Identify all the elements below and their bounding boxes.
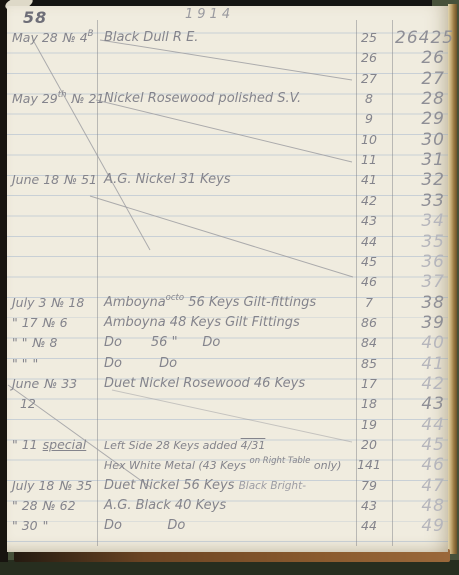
serial-column-number: 41: [395, 354, 445, 374]
serial-column-number: 28: [395, 89, 445, 109]
entry-date: " 28№ 62: [12, 498, 104, 513]
date-superscript: th: [58, 90, 67, 100]
entry-number: № 21: [71, 91, 104, 106]
entry-description: Do 56 " Do: [104, 335, 354, 350]
entry-number: № 6: [43, 315, 68, 330]
narrow-column-number: 8: [349, 91, 389, 106]
entry-description: Duet Nickel Rosewood 46 Keys: [104, 376, 354, 391]
date-text: " 28: [12, 498, 38, 513]
description-text: Duet Nickel 56 Keys: [104, 478, 239, 493]
date-text: " 11: [12, 437, 38, 452]
description-text: only): [310, 459, 341, 472]
pencil-stroke: [112, 390, 352, 442]
description-text: Hex White Metal (43 Keys: [104, 459, 250, 472]
date-text: June 18: [12, 172, 59, 187]
entry-description: A.G. Nickel 31 Keys: [104, 172, 354, 187]
description-text: 4/31: [241, 439, 266, 452]
narrow-column-number: 79: [349, 478, 389, 493]
narrow-column-number: 44: [349, 518, 389, 533]
serial-column-number: 42: [395, 374, 445, 394]
date-text: " 30: [12, 518, 38, 533]
date-text: July 3: [12, 295, 46, 310]
entry-number: № 51: [64, 172, 97, 187]
entry-number: ": [43, 518, 49, 533]
narrow-column-number: 17: [349, 376, 389, 391]
serial-column-number: 36: [395, 252, 445, 272]
entry-date: July 18№ 35: [12, 478, 104, 493]
serial-column-number: 27: [395, 69, 445, 89]
entry-date: 12: [12, 396, 104, 411]
entry-date: June№ 33: [12, 376, 104, 391]
date-text: " ": [12, 335, 27, 350]
narrow-column-number: 42: [349, 193, 389, 208]
serial-column-number: 47: [395, 476, 445, 496]
serial-column-number: 30: [395, 130, 445, 150]
description-text: Do 56 " Do: [104, 335, 220, 350]
entry-number: special: [43, 437, 87, 452]
date-text: " ": [12, 356, 27, 371]
scanned-ledger-photo: 58 1914 25264252626272782892910301131413…: [0, 0, 459, 575]
serial-column-number: 37: [395, 272, 445, 292]
serial-column-number: 34: [395, 211, 445, 231]
serial-column-number: 43: [395, 394, 445, 414]
entry-number: № 35: [59, 478, 92, 493]
entry-description: Left Side 28 Keys added 4/31: [104, 437, 354, 452]
serial-column-number: 33: [395, 191, 445, 211]
narrow-column-number: 84: [349, 335, 389, 350]
entry-description: Do Do: [104, 356, 354, 371]
serial-column-number: 46: [395, 455, 445, 475]
entry-number: ": [32, 356, 38, 371]
entry-date: " 17№ 6: [12, 315, 104, 330]
serial-column-number: 26: [395, 48, 445, 68]
date-text: July 18: [12, 478, 54, 493]
inserted-annotation: on Right Table: [250, 456, 311, 466]
description-text: Do Do: [104, 518, 185, 533]
narrow-column-number: 46: [349, 274, 389, 289]
description-text: Left Side 28 Keys added: [104, 439, 241, 452]
narrow-column-number: 10: [349, 132, 389, 147]
narrow-column-number: 26: [349, 50, 389, 65]
date-text: May 29: [12, 91, 58, 106]
year-heading: 1914: [185, 7, 234, 22]
pencil-stroke: [100, 40, 352, 80]
date-text: 12: [12, 396, 36, 411]
date-text: May 28: [12, 30, 58, 45]
serial-column-number: 44: [395, 415, 445, 435]
description-text: Nickel Rosewood polished S.V.: [104, 91, 301, 106]
narrow-column-number: 19: [349, 417, 389, 432]
description-text: Amboyna 48 Keys Gilt Fittings: [104, 315, 300, 330]
entry-description: Nickel Rosewood polished S.V.: [104, 91, 354, 106]
narrow-column-number: 7: [349, 295, 389, 310]
narrow-column-number: 9: [349, 111, 389, 126]
serial-column-number: 45: [395, 435, 445, 455]
pencil-stroke: [96, 100, 352, 162]
narrow-column-number: 141: [349, 457, 389, 472]
entry-date: " 30": [12, 518, 104, 533]
pencil-stroke: [33, 40, 150, 250]
narrow-column-number: 44: [349, 234, 389, 249]
entry-date: " 11special: [12, 437, 104, 452]
entry-number: № 62: [43, 498, 76, 513]
description-text: Amboyna: [104, 295, 166, 310]
description-text: Black Dull R E.: [104, 30, 198, 45]
narrow-column-number: 27: [349, 71, 389, 86]
serial-column-number: 39: [395, 313, 445, 333]
serial-column-number: 48: [395, 496, 445, 516]
narrow-column-number: 45: [349, 254, 389, 269]
entry-date: July 3№ 18: [12, 295, 104, 310]
entry-description: Duet Nickel 56 Keys Black Bright-: [104, 478, 354, 493]
serial-column-number: 49: [395, 516, 445, 536]
serial-column-number: 38: [395, 293, 445, 313]
inserted-annotation: octo: [166, 293, 184, 303]
entry-number: № 18: [51, 295, 84, 310]
description-text: A.G. Black 40 Keys: [104, 498, 226, 513]
entry-number: № 33: [44, 376, 77, 391]
narrow-column-number: 86: [349, 315, 389, 330]
description-text: A.G. Nickel 31 Keys: [104, 172, 231, 187]
photo-background-bottom: [0, 560, 459, 575]
description-text: 56 Keys Gilt-fittings: [184, 295, 316, 310]
entry-date: May 29th№ 21: [12, 91, 104, 106]
page-edge-stack: [448, 4, 457, 554]
folio-number: 58: [23, 8, 47, 27]
entry-date: " "": [12, 356, 104, 371]
narrow-column-number: 11: [349, 152, 389, 167]
description-text: Do Do: [104, 356, 177, 371]
entry-date: May 28№ 4B: [12, 30, 104, 45]
serial-column-number: 40: [395, 333, 445, 353]
entry-description: Do Do: [104, 518, 354, 533]
serial-column-number: 31: [395, 150, 445, 170]
pencil-stroke: [90, 196, 353, 277]
narrow-column-number: 41: [349, 172, 389, 187]
description-text: Duet Nickel Rosewood 46 Keys: [104, 376, 305, 391]
date-text: " 17: [12, 315, 38, 330]
serial-column-number: 29: [395, 109, 445, 129]
narrow-column-number: 85: [349, 356, 389, 371]
narrow-column-number: 43: [349, 498, 389, 513]
narrow-column-number: 18: [349, 396, 389, 411]
serial-column-number: 35: [395, 232, 445, 252]
ledger-page: 58 1914 25264252626272782892910301131413…: [7, 6, 448, 552]
entry-number: № 8: [32, 335, 57, 350]
entry-number: № 4: [63, 30, 88, 45]
narrow-column-number: 43: [349, 213, 389, 228]
entry-date: June 18№ 51: [12, 172, 104, 187]
entry-description: Amboyna 48 Keys Gilt Fittings: [104, 315, 354, 330]
narrow-column-number: 25: [349, 30, 389, 45]
serial-column-number: 26425: [395, 28, 445, 48]
description-text: Black Bright-: [239, 480, 306, 492]
entry-description: Amboynaocto 56 Keys Gilt-fittings: [104, 295, 354, 310]
entry-description: Hex White Metal (43 Keys on Right Table …: [104, 457, 354, 472]
entry-date: " "№ 8: [12, 335, 104, 350]
entry-description: Black Dull R E.: [104, 30, 354, 45]
narrow-column-number: 20: [349, 437, 389, 452]
serial-column-number: 32: [395, 170, 445, 190]
entry-number-superscript: B: [88, 29, 94, 39]
date-text: June: [12, 376, 39, 391]
entry-description: A.G. Black 40 Keys: [104, 498, 354, 513]
